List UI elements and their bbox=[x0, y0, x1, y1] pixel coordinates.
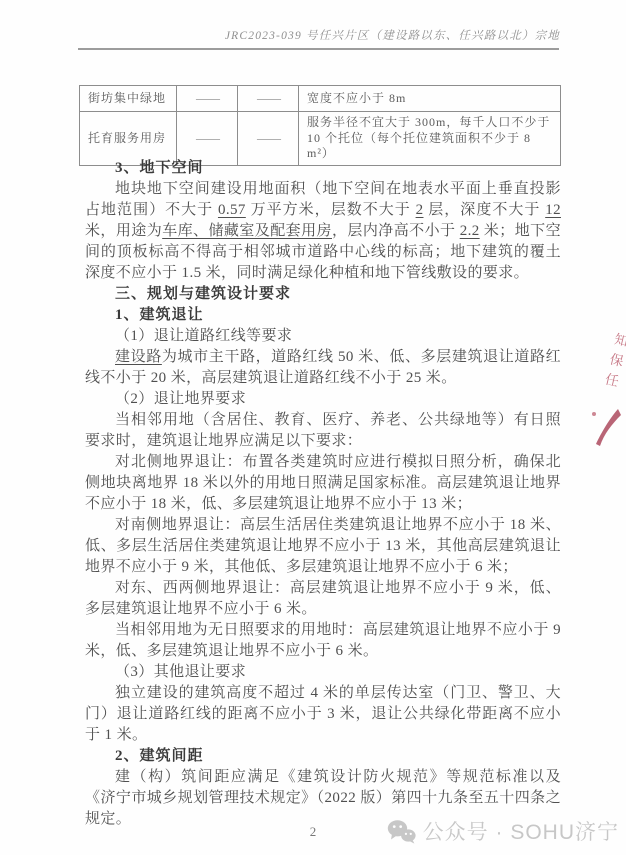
section-heading: 1、建筑退让 bbox=[85, 305, 561, 326]
document-body: 3、地下空间地块地下空间建设用地面积（地下空间在地表水平面上垂直投影占地范围）不… bbox=[85, 158, 561, 830]
underlined-value: 12 bbox=[545, 202, 561, 218]
paragraph: 地块地下空间建设用地面积（地下空间在地表水平面上垂直投影占地范围）不大于 0.5… bbox=[85, 179, 561, 284]
section-heading: 三、规划与建筑设计要求 bbox=[85, 284, 561, 305]
paragraph: （2）退让地界要求 bbox=[85, 389, 561, 410]
table-cell: —— bbox=[238, 86, 299, 112]
document-page: JRC2023-039 号任兴片区（建设路以东、任兴路以北）宗地 街坊集中绿地—… bbox=[0, 0, 626, 855]
underlined-value: 0.57 bbox=[218, 202, 246, 218]
paragraph: 对北侧地界退让：布置各类建筑时应进行模拟日照分析，确保北侧地块离地界 18 米以… bbox=[85, 452, 561, 515]
header-rule bbox=[78, 48, 559, 50]
stamp-characters: 知保任 bbox=[597, 331, 626, 395]
section-heading: 2、建筑间距 bbox=[85, 746, 561, 767]
table-cell: 街坊集中绿地 bbox=[80, 86, 177, 112]
document-header-reference: JRC2023-039 号任兴片区（建设路以东、任兴路以北）宗地 bbox=[225, 27, 560, 43]
spec-table-body: 街坊集中绿地————宽度不应小于 8m托育服务用房————服务半径不宜大于 30… bbox=[80, 86, 561, 166]
underlined-value: 2.2 bbox=[460, 223, 480, 239]
underlined-value: 建设路 bbox=[115, 349, 162, 365]
paragraph: （1）退让道路红线等要求 bbox=[85, 326, 561, 347]
table-cell: 宽度不应小于 8m bbox=[299, 86, 561, 112]
table-cell: —— bbox=[177, 112, 238, 166]
paragraph: 独立建设的建筑高度不超过 4 米的单层传达室（门卫、警卫、大门）退让道路红线的距… bbox=[85, 683, 561, 746]
table-cell: —— bbox=[238, 112, 299, 166]
red-stamp-fragment: 知保任 bbox=[590, 330, 626, 450]
paragraph: 对东、西两侧地界退让：高层建筑退让地界不应小于 9 米，低、多层建筑退让地界不应… bbox=[85, 578, 561, 620]
section-heading: 3、地下空间 bbox=[85, 158, 561, 179]
underlined-value: 车库、储藏室及配套用房 bbox=[162, 223, 332, 239]
paragraph: 对南侧地界退让：高层生活居住类建筑退让地界不应小于 18 米、低、多层生活居住类… bbox=[85, 515, 561, 578]
paragraph: 建设路为城市主干路，道路红线 50 米、低、多层建筑退让道路红线不小于 20 米… bbox=[85, 347, 561, 389]
table-cell: —— bbox=[177, 86, 238, 112]
watermark-label: 公众号 · SOHU济宁 bbox=[423, 816, 619, 846]
wechat-icon bbox=[387, 819, 416, 844]
paragraph: 当相邻用地为无日照要求的用地时：高层建筑退让地界不应小于 9 米，低、多层建筑退… bbox=[85, 620, 561, 662]
table-row: 街坊集中绿地————宽度不应小于 8m bbox=[80, 86, 561, 112]
sohu-watermark: 公众号 · SOHU济宁 bbox=[387, 816, 619, 846]
paragraph: 当相邻用地（含居住、教育、医疗、养老、公共绿地等）有日照要求时，建筑退让地界应满… bbox=[85, 410, 561, 452]
table-cell: 服务半径不宜大于 300m，每千人口不少于 10 个托位（每个托位建筑面积不少于… bbox=[299, 112, 561, 166]
stamp-stroke bbox=[590, 402, 624, 448]
spec-table: 街坊集中绿地————宽度不应小于 8m托育服务用房————服务半径不宜大于 30… bbox=[79, 85, 561, 166]
paragraph: （3）其他退让要求 bbox=[85, 662, 561, 683]
table-row: 托育服务用房————服务半径不宜大于 300m，每千人口不少于 10 个托位（每… bbox=[80, 112, 561, 166]
table-cell: 托育服务用房 bbox=[80, 112, 177, 166]
